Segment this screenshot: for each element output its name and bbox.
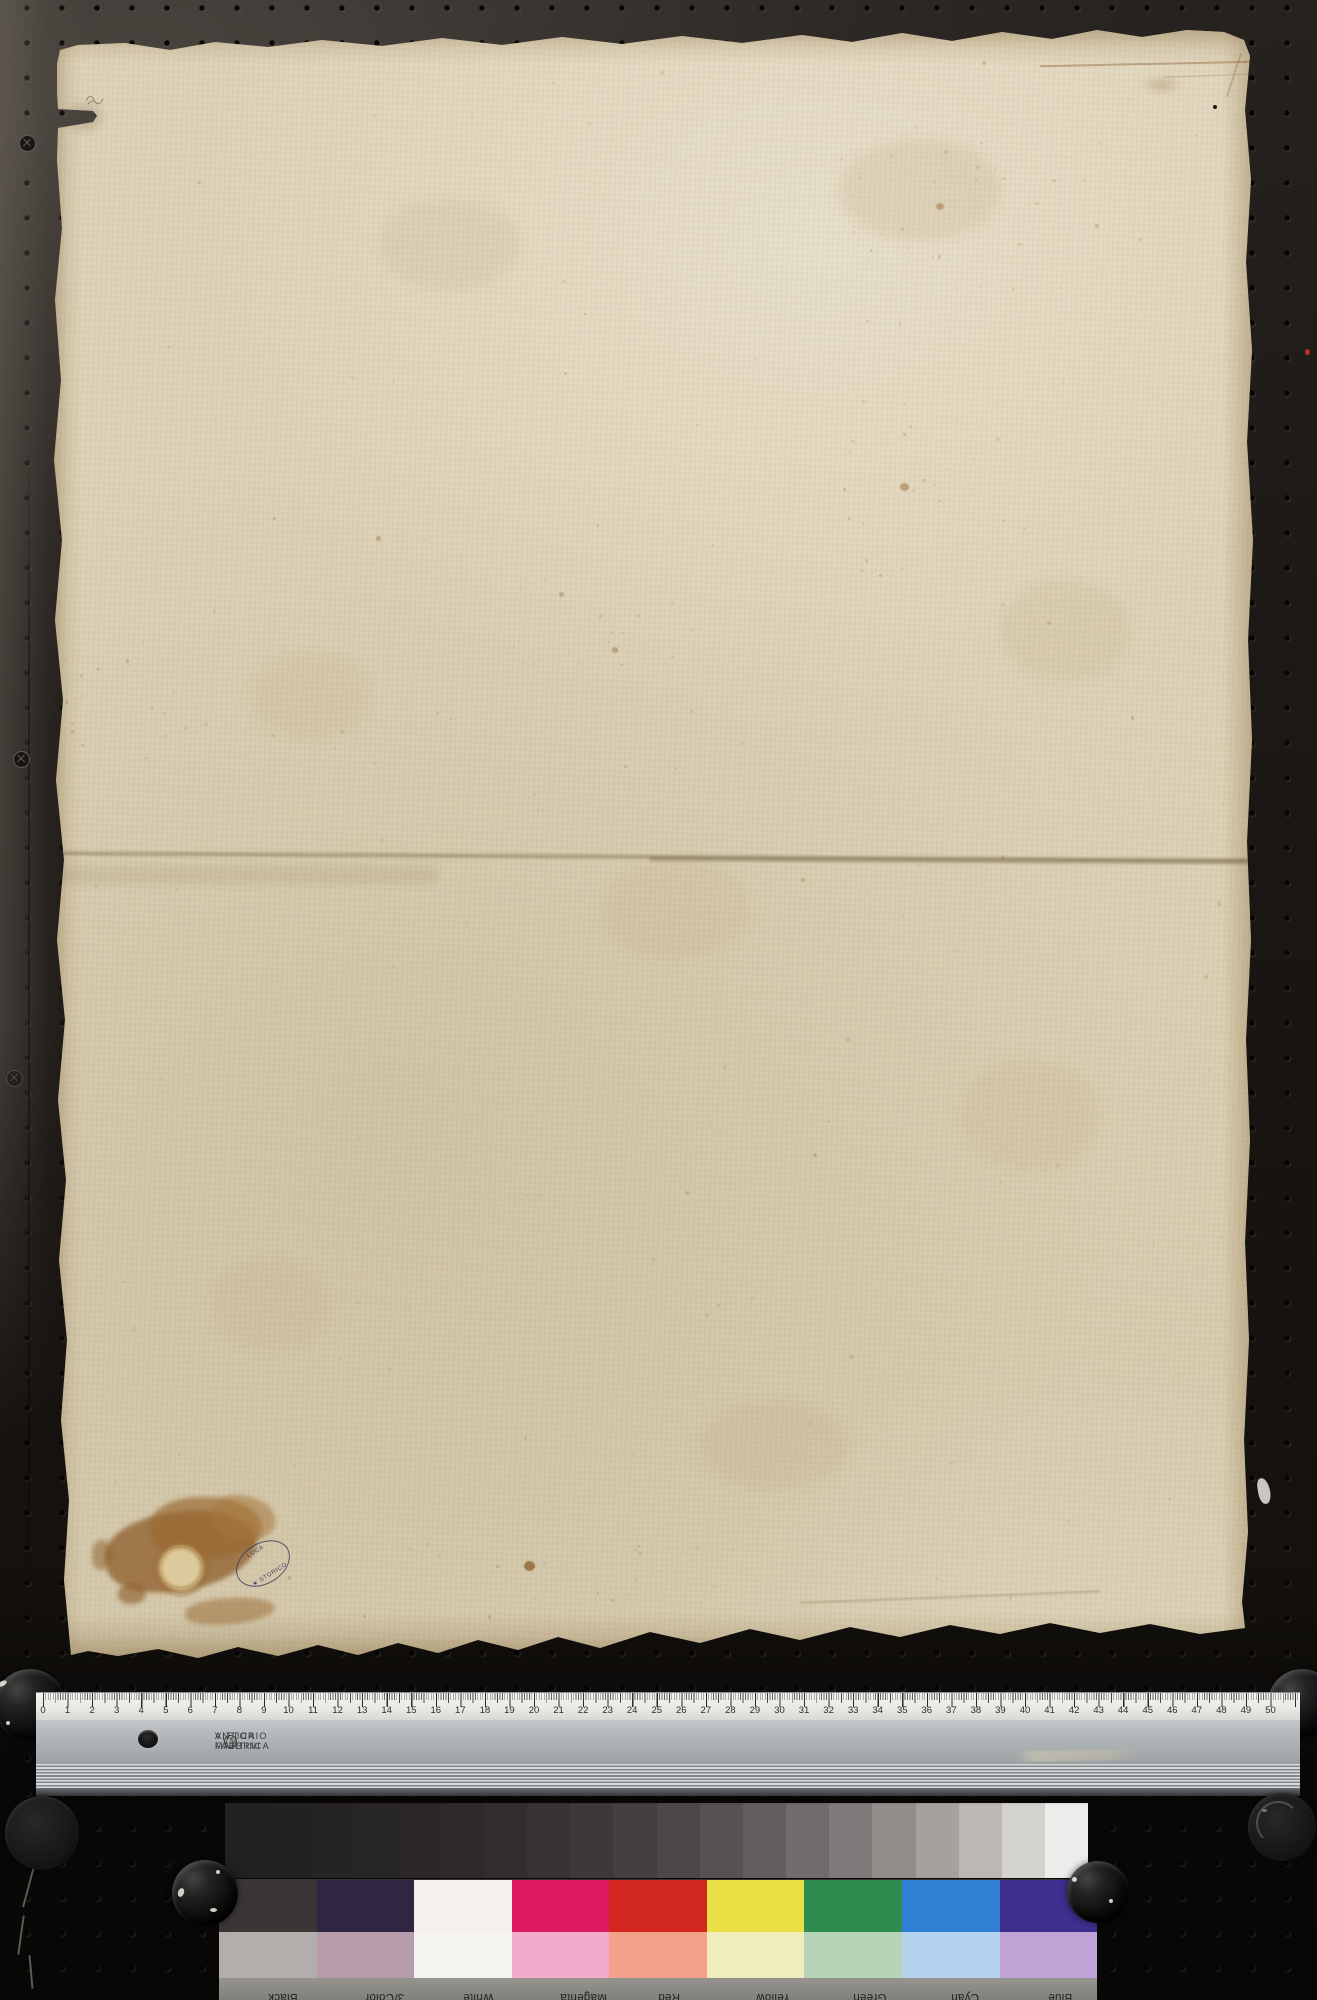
foxing-spot <box>373 761 377 764</box>
ruler-number: 15 <box>406 1705 417 1716</box>
grayscale-step <box>829 1803 872 1878</box>
paint-speck <box>177 1887 186 1898</box>
foxing-spot <box>976 166 979 168</box>
foxing-spot <box>1023 528 1026 530</box>
foxing-spot <box>705 1314 709 1317</box>
ruler-number: 33 <box>848 1705 859 1716</box>
foxing-spot <box>1221 803 1224 806</box>
foxing-spot <box>215 418 216 420</box>
foxing-spot <box>907 247 910 249</box>
foxing-spot <box>1090 309 1092 311</box>
foxing-spot <box>741 741 745 745</box>
foxing-spot <box>761 345 763 347</box>
foxing-spot <box>80 674 83 678</box>
foxing-spot <box>922 479 925 482</box>
chart-patch-pastel <box>1000 1932 1098 1978</box>
foxing-spot <box>1056 1163 1060 1168</box>
paint-speck <box>1262 1809 1267 1812</box>
foxing-spot <box>469 929 470 930</box>
foxing-spot <box>81 695 84 698</box>
foxing-spot <box>164 735 167 737</box>
foxing-spot <box>1035 124 1037 125</box>
foxing-spot <box>809 1422 812 1425</box>
foxing-spot <box>909 425 912 427</box>
foxing-spot <box>788 136 790 137</box>
foxing-spot <box>651 1257 655 1262</box>
ruler-hanging-hole <box>138 1730 158 1748</box>
foxing-spot <box>616 649 619 652</box>
foxing-spot <box>938 255 941 259</box>
foxing-spot <box>297 853 298 854</box>
foxing-spot <box>696 424 699 427</box>
chart-patch-saturated <box>804 1880 902 1932</box>
foxing-spot <box>151 707 154 710</box>
foxing-spot <box>438 1554 442 1557</box>
foxing-spot <box>912 489 915 492</box>
foxing-spot <box>624 765 627 769</box>
foxing-spot <box>1131 716 1134 719</box>
foxing-spot <box>938 500 941 502</box>
foxing-spot <box>961 1505 964 1508</box>
foxing-spot <box>540 1194 543 1196</box>
foxing-spot <box>972 489 974 490</box>
foxing-spot <box>533 663 535 665</box>
pegboard-seam <box>28 420 30 1700</box>
foxing-spot <box>409 1548 411 1551</box>
foxing-spot <box>849 450 852 452</box>
foxing-spot <box>1217 901 1221 906</box>
foxing-spot <box>967 423 970 425</box>
foxing-spot <box>1055 216 1056 218</box>
screw <box>19 135 36 152</box>
foxing-spot <box>948 320 949 321</box>
foxing-spot <box>213 610 216 612</box>
foxing-spot <box>719 1129 721 1132</box>
ruler-number: 4 <box>139 1705 144 1716</box>
ruler-number: 27 <box>701 1705 712 1716</box>
ruler-number: 49 <box>1241 1705 1252 1716</box>
foxing-spot <box>1001 603 1005 606</box>
foxing-spot <box>634 1549 637 1551</box>
chart-pastel-row <box>219 1932 1097 1978</box>
foxing-spot <box>862 522 864 525</box>
foxing-spot <box>843 488 846 491</box>
foxing-spot <box>622 632 624 634</box>
ruler-number: 7 <box>212 1705 217 1716</box>
foxing-spot <box>980 142 982 144</box>
foxing-spot <box>979 287 980 288</box>
foxing-spot <box>975 179 978 182</box>
grayscale-step <box>484 1803 527 1878</box>
foxing-spot <box>695 1546 698 1550</box>
foxing-spot <box>907 514 908 515</box>
ruler-number: 6 <box>188 1705 193 1716</box>
chart-patch-pastel <box>707 1932 805 1978</box>
foxing-spot <box>858 265 859 266</box>
foxing-spot <box>97 668 100 671</box>
foxing-spot <box>357 1302 360 1304</box>
foxing-spot <box>1102 274 1103 275</box>
foxing-spot <box>374 115 376 117</box>
ruler-number: 25 <box>651 1705 662 1716</box>
foxing-spot <box>1226 1374 1228 1376</box>
foxing-spot <box>1111 281 1112 283</box>
screw <box>6 1070 23 1087</box>
foxing-spot <box>1128 98 1131 101</box>
foxing-spot <box>1221 1236 1223 1239</box>
foxing-spot <box>65 700 68 704</box>
ruler-number: 24 <box>627 1705 638 1716</box>
chart-patch-pastel <box>317 1932 415 1978</box>
knob-scuff <box>1256 1801 1300 1845</box>
foxing-spot <box>351 376 353 379</box>
foxing-spot <box>723 1065 726 1069</box>
foxing-spot <box>717 1304 720 1306</box>
foxing-spot <box>848 517 851 520</box>
paint-speck <box>1072 1877 1077 1882</box>
ruler-base-edge <box>36 1788 1300 1796</box>
foxing-spot <box>288 1101 290 1102</box>
foxing-spot <box>997 409 999 411</box>
ruler-number: 16 <box>431 1705 442 1716</box>
foxing-spot <box>1139 238 1142 240</box>
foxing-spot <box>363 1615 366 1618</box>
foxing-spot <box>981 304 982 305</box>
foxing-spot <box>1012 288 1015 291</box>
foxing-spot <box>978 425 980 427</box>
foxing-spot <box>668 681 669 682</box>
ruler-number: 36 <box>922 1705 933 1716</box>
foxing-spot <box>99 78 102 80</box>
foxing-spot <box>1096 1478 1098 1479</box>
foxing-spot <box>388 1367 392 1371</box>
foxing-spot <box>890 154 893 157</box>
chart-patch-saturated <box>317 1880 415 1932</box>
grayscale-step <box>398 1803 441 1878</box>
foxing-spot <box>750 1503 751 1505</box>
foxing-spot <box>1009 1596 1012 1599</box>
foxing-spot <box>355 670 356 671</box>
foxing-spot <box>955 950 958 954</box>
ruler-number: 9 <box>261 1705 266 1716</box>
foxing-spot <box>880 233 881 235</box>
grayscale-strip <box>225 1803 1088 1878</box>
digitization-scene: LUCA ★ STORICO Black3/ColorWhiteMagentaR… <box>0 0 1317 2000</box>
foxing-spot <box>894 232 895 234</box>
foxing-spot <box>675 767 678 770</box>
grayscale-step <box>268 1803 311 1878</box>
chart-patch-saturated <box>414 1880 512 1932</box>
foxing-spot <box>343 638 345 640</box>
ruler-number: 34 <box>872 1705 883 1716</box>
chart-patch-pastel <box>609 1932 707 1978</box>
foxing-spot <box>392 965 395 969</box>
grayscale-step <box>354 1803 397 1878</box>
foxing-spot <box>272 734 275 738</box>
foxing-spot <box>660 71 664 75</box>
foxing-spot <box>630 1594 631 1595</box>
foxing-spot <box>204 723 207 726</box>
foxing-spot <box>1018 243 1021 245</box>
ruler-number: 17 <box>455 1705 466 1716</box>
foxing-spot <box>898 322 901 326</box>
foxing-spot <box>958 496 959 497</box>
ruler-number: 46 <box>1167 1705 1178 1716</box>
foxing-spot <box>662 1570 663 1571</box>
foxing-spot <box>670 162 673 164</box>
foxing-spot <box>380 838 384 843</box>
foxing-spot <box>213 885 216 888</box>
foxing-spot <box>534 1598 536 1600</box>
foxing-spot <box>1035 202 1038 205</box>
foxing-spot <box>1067 1520 1070 1523</box>
foxing-spot <box>176 888 178 891</box>
ruler-number: 18 <box>480 1705 491 1716</box>
foxing-spot <box>964 1561 966 1563</box>
foxing-spot <box>917 863 921 867</box>
grayscale-step <box>916 1803 959 1878</box>
foxing-spot <box>508 441 509 442</box>
foxing-spot <box>497 283 498 284</box>
ruler-number: 41 <box>1044 1705 1055 1716</box>
foxing-spot <box>1204 975 1208 979</box>
ruler-number: 20 <box>529 1705 540 1716</box>
grayscale-step <box>657 1803 700 1878</box>
ruler-number: 2 <box>89 1705 94 1716</box>
ruler-number: 8 <box>237 1705 242 1716</box>
foxing-spot <box>620 664 623 666</box>
chart-patch-pastel <box>902 1932 1000 1978</box>
foxing-spot <box>624 687 626 689</box>
ruler-ribbed-edge <box>36 1764 1300 1789</box>
foxing-spot <box>973 458 976 460</box>
foxing-spot <box>543 578 547 581</box>
foxing-spot <box>1153 1243 1155 1245</box>
foxing-spot <box>671 601 674 604</box>
foxing-spot <box>528 1622 529 1623</box>
foxing-spot <box>901 228 904 231</box>
foxing-spot <box>1152 772 1156 775</box>
foxing-spot <box>849 1355 853 1360</box>
foxing-spot <box>700 1602 702 1604</box>
foxing-spot <box>832 1402 834 1404</box>
foxing-spot <box>851 195 853 197</box>
foxing-spot <box>519 589 521 591</box>
foxing-spot <box>1134 160 1135 161</box>
foxing-spot <box>950 1462 953 1465</box>
foxing-spot <box>635 1579 638 1582</box>
chart-patch-pastel <box>804 1932 902 1978</box>
foxing-spot <box>846 1038 849 1041</box>
foxing-spot <box>914 125 918 128</box>
foxing-spot <box>901 568 904 570</box>
foxing-spot <box>1098 142 1101 145</box>
foxing-spot <box>639 787 640 788</box>
foxing-spot <box>712 1585 715 1588</box>
foxing-spot <box>114 1481 116 1484</box>
foxing-spot <box>933 484 936 486</box>
foxing-spot <box>77 658 80 660</box>
ruler-number: 22 <box>578 1705 589 1716</box>
grayscale-step <box>570 1803 613 1878</box>
ruler-number: 1 <box>65 1705 70 1716</box>
foxing-spot <box>568 652 570 654</box>
foxing-spot <box>552 82 556 85</box>
foxing-spot <box>1052 179 1055 182</box>
foxing-spot <box>891 180 893 182</box>
ruler-number: 48 <box>1216 1705 1227 1716</box>
foxing-spot <box>533 583 534 584</box>
foxing-spot <box>632 1453 634 1455</box>
foxing-spot <box>944 421 945 423</box>
foxing-spot <box>178 1454 180 1456</box>
foxing-spot <box>1130 222 1131 223</box>
foxing-spot <box>1206 1339 1207 1340</box>
grayscale-step <box>872 1803 915 1878</box>
ruler-number: 38 <box>971 1705 982 1716</box>
foxing-spot <box>851 231 855 234</box>
foxing-spot <box>933 181 935 183</box>
ruler-number: 21 <box>553 1705 564 1716</box>
foxing-spot <box>576 895 577 897</box>
ruler-number: 23 <box>602 1705 613 1716</box>
grayscale-step <box>613 1803 656 1878</box>
foxing-spot <box>488 278 491 281</box>
foxing-spot <box>663 151 664 153</box>
foxing-spot <box>932 256 934 258</box>
foxing-spot <box>524 1437 527 1440</box>
grayscale-step <box>527 1803 570 1878</box>
foxing-spot <box>656 1628 658 1629</box>
foxing-spot <box>274 423 275 424</box>
ruler-number: 14 <box>381 1705 392 1716</box>
ruler-number: 43 <box>1093 1705 1104 1716</box>
ruler-number: 0 <box>40 1705 45 1716</box>
foxing-spot <box>957 288 959 290</box>
ruler-scratch <box>1015 1749 1143 1762</box>
grayscale-step <box>959 1803 1002 1878</box>
foxing-spot <box>273 517 276 520</box>
foxing-spot <box>1175 1374 1178 1377</box>
ruler-scale-numbers: 0123456789101112131415161718192021222324… <box>36 1693 1300 1720</box>
foxing-spot <box>582 663 583 664</box>
magnet-knob <box>1248 1793 1316 1861</box>
foxing-spot <box>261 780 263 783</box>
foxing-spot <box>691 629 693 631</box>
foxing-spot <box>81 744 84 747</box>
foxing-spot <box>340 1358 342 1360</box>
foxing-spot <box>865 559 868 562</box>
red-speck <box>1305 349 1310 355</box>
foxing-spot <box>150 84 151 85</box>
foxing-spot <box>1059 287 1061 289</box>
foxing-spot <box>450 718 451 720</box>
foxing-spot <box>639 1551 643 1555</box>
ruler-number: 35 <box>897 1705 908 1716</box>
foxing-spot <box>358 1137 360 1139</box>
foxing-spot <box>754 358 757 361</box>
foxing-spot <box>71 730 74 733</box>
foxing-spot <box>994 168 997 172</box>
foxing-spot <box>614 1487 616 1489</box>
ruler-number: 29 <box>750 1705 761 1716</box>
foxing-spot <box>852 226 855 228</box>
foxing-spot <box>841 158 843 160</box>
foxing-spot <box>690 710 693 713</box>
foxing-spot <box>902 1027 903 1028</box>
foxing-spot <box>424 539 426 541</box>
foxing-spot <box>1065 156 1067 159</box>
foxing-spot <box>628 1134 629 1135</box>
foxing-spot <box>981 562 982 563</box>
foxing-spot <box>686 1191 689 1195</box>
foxing-spot <box>658 587 660 589</box>
foxing-spot <box>1047 621 1051 625</box>
ruler-number: 28 <box>725 1705 736 1716</box>
foxing-spot <box>948 214 949 215</box>
chart-patch-saturated <box>512 1880 610 1932</box>
foxing-spot <box>860 569 863 572</box>
foxing-spot <box>851 149 852 151</box>
ruler-number: 47 <box>1192 1705 1203 1716</box>
foxing-spot <box>903 433 906 436</box>
foxing-spot <box>505 647 508 649</box>
foxing-spot <box>167 346 170 348</box>
foxing-spot <box>935 1348 938 1350</box>
ruler-number: 31 <box>799 1705 810 1716</box>
foxing-spot <box>950 222 951 223</box>
foxing-spot <box>887 445 889 447</box>
foxing-spot <box>488 1615 491 1619</box>
foxing-spot <box>1169 1498 1171 1500</box>
foxing-spot <box>1118 337 1121 339</box>
foxing-spot <box>870 249 873 252</box>
foxing-spot <box>671 656 674 659</box>
foxing-spot <box>1208 1068 1212 1073</box>
foxing-spot <box>65 658 68 661</box>
foxing-spot <box>126 659 129 662</box>
foxing-spot <box>644 648 646 650</box>
foxing-spot <box>71 722 74 725</box>
ruler-scale: 0123456789101112131415161718192021222324… <box>36 1692 1300 1720</box>
foxing-spot <box>603 1584 604 1585</box>
foxing-spot <box>955 418 957 420</box>
foxing-spot <box>868 895 870 897</box>
paint-speck <box>210 1908 217 1912</box>
foxing-spot <box>599 615 602 619</box>
foxing-spot <box>732 1549 734 1551</box>
foxing-spot <box>866 320 868 322</box>
foxing-spot <box>851 440 854 443</box>
foxing-spot <box>871 572 873 574</box>
foxing-spot <box>145 757 148 760</box>
chart-patch-saturated <box>902 1880 1000 1932</box>
foxing-spot <box>564 372 567 375</box>
chart-patch-saturated <box>609 1880 707 1932</box>
foxing-spot <box>129 664 131 666</box>
foxing-spot <box>324 1258 325 1259</box>
ruler-brand: ANTICA FABBRICA VM VITTORIO MARTINI <box>215 1734 246 1748</box>
foxing-spot <box>734 53 736 55</box>
foxing-spot <box>1095 224 1098 228</box>
foxing-spot <box>522 662 524 664</box>
foxing-spot <box>611 631 614 634</box>
foxing-spot <box>104 1522 107 1525</box>
foxing-spot <box>1195 134 1198 137</box>
foxing-spot <box>879 574 882 577</box>
foxing-spot <box>444 103 445 104</box>
foxing-spot <box>543 1561 547 1565</box>
